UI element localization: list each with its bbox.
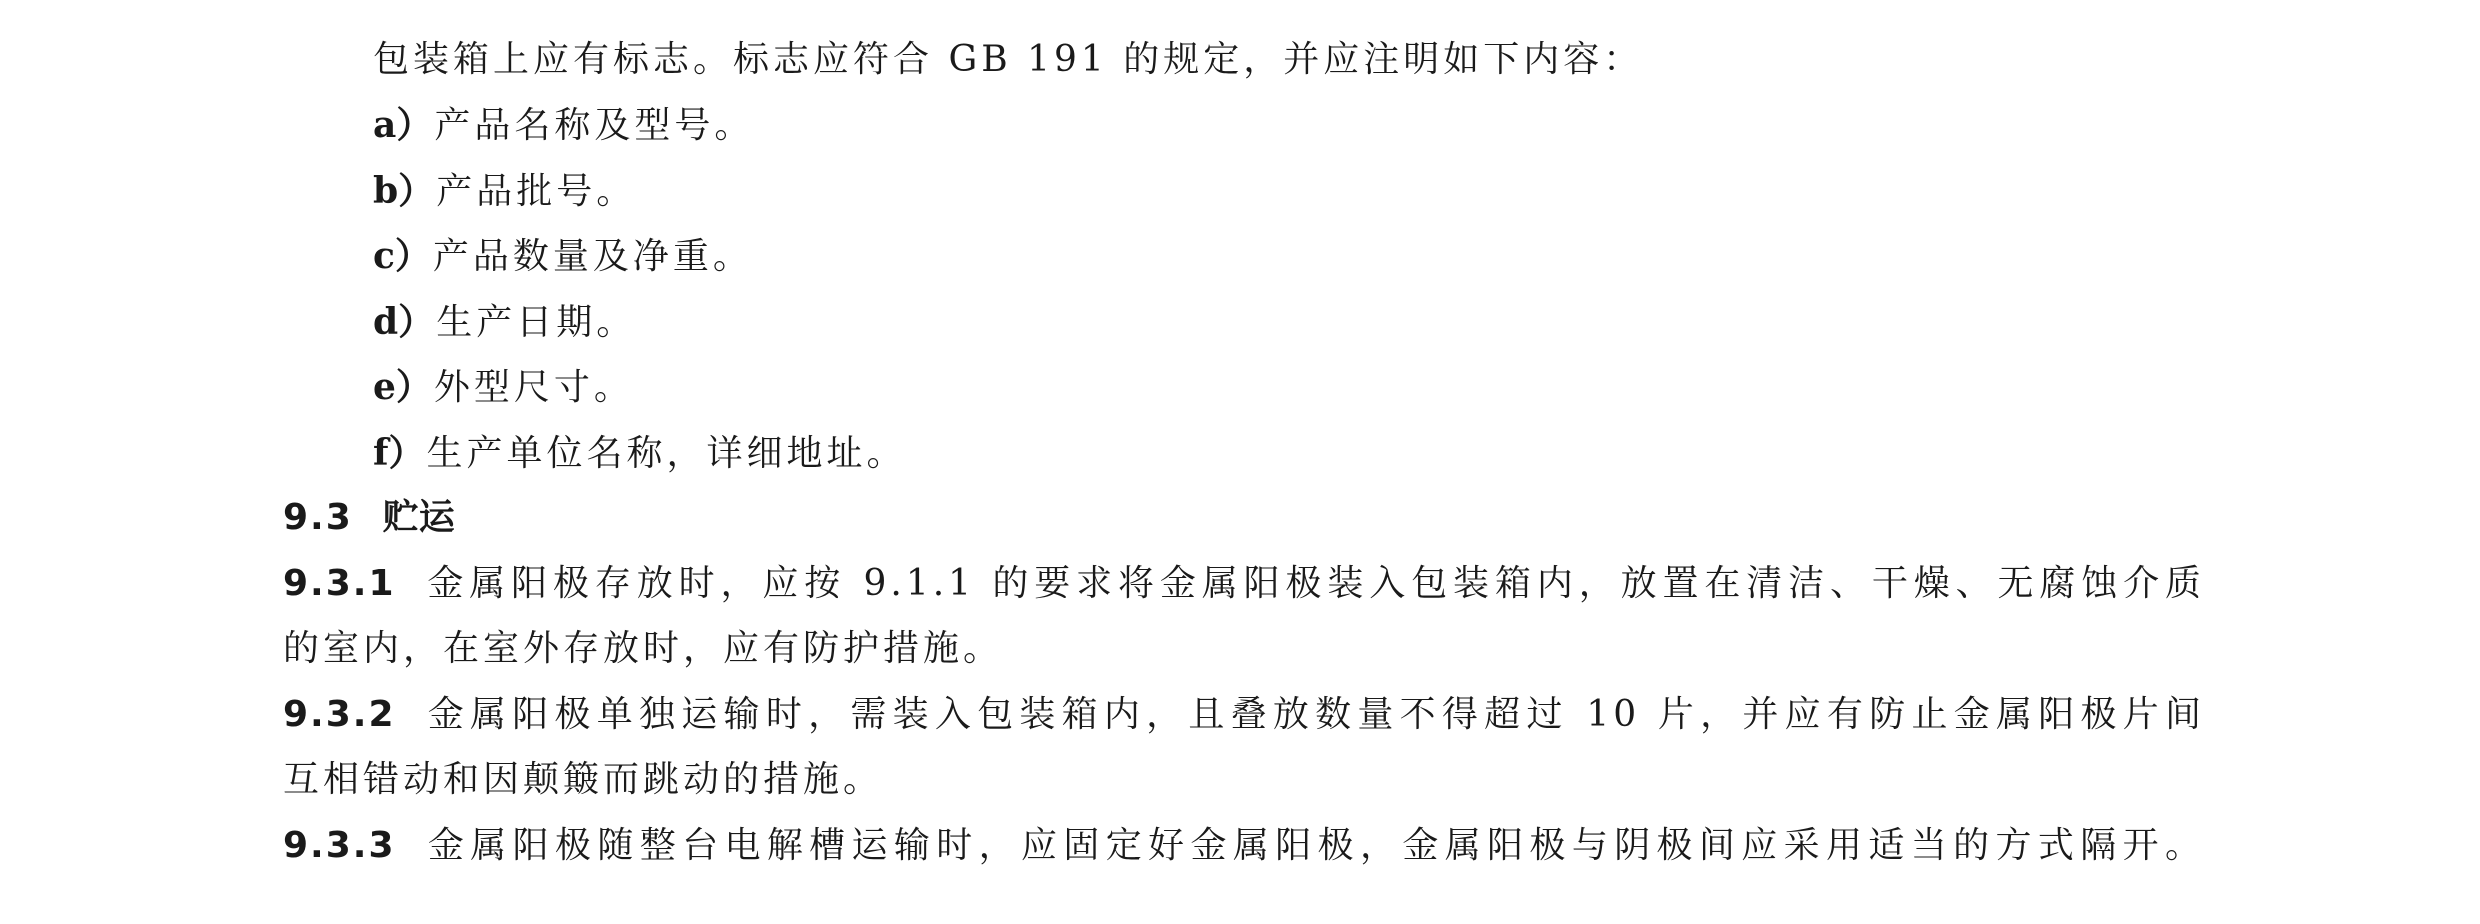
clause-text: 金属阳极存放时，应按 9.1.1 的要求将金属阳极装入包装箱内，放置在清洁、干燥… [426,563,2206,604]
marking-item-f: f）生产单位名称，详细地址。 [373,427,2205,479]
marking-item-a: a）产品名称及型号。 [373,99,2205,151]
list-item-label: d） [373,301,434,343]
clause-9-3-1-line-1: 9.3.1金属阳极存放时，应按 9.1.1 的要求将金属阳极装入包装箱内，放置在… [283,558,2205,610]
marking-item-d: d）生产日期。 [373,296,2205,348]
clause-9-3-2-line-2: 互相错动和因颠簸而跳动的措施。 [283,754,2205,806]
list-item-text: 生产日期。 [436,302,636,343]
marking-item-b: b）产品批号。 [373,165,2205,217]
clause-text: 金属阳极单独运输时，需装入包装箱内，且叠放数量不得超过 10 片，并应有防止金属… [426,694,2206,735]
marking-item-c: c）产品数量及净重。 [373,230,2205,282]
marking-item-e: e）外型尺寸。 [373,361,2205,413]
document-page: 包装箱上应有标志。标志应符合 GB 191 的规定，并应注明如下内容： a）产品… [0,0,2480,924]
clause-9-3-3-line-1: 9.3.3金属阳极随整台电解槽运输时，应固定好金属阳极，金属阳极与阴极间应采用适… [283,820,2205,872]
list-item-text: 外型尺寸。 [434,367,634,408]
list-item-text: 产品数量及净重。 [433,236,753,277]
list-item-label: b） [373,170,434,212]
clause-text: 互相错动和因颠簸而跳动的措施。 [283,759,883,800]
clause-number: 9.3.2 [283,694,396,735]
section-title: 贮运 [383,497,455,538]
list-item-label: f） [373,432,425,474]
list-item-label: c） [373,235,431,277]
clause-9-3-2-line-1: 9.3.2金属阳极单独运输时，需装入包装箱内，且叠放数量不得超过 10 片，并应… [283,689,2205,741]
marking-intro-paragraph: 包装箱上应有标志。标志应符合 GB 191 的规定，并应注明如下内容： [373,34,2205,86]
clause-9-3-1-line-2: 的室内，在室外存放时，应有防护措施。 [283,623,2205,675]
list-item-text: 生产单位名称，详细地址。 [427,433,907,474]
list-item-text: 产品名称及型号。 [434,105,754,146]
clause-text: 金属阳极随整台电解槽运输时，应固定好金属阳极，金属阳极与阴极间应采用适当的方式隔… [426,825,2206,866]
clause-number: 9.3.3 [283,825,396,866]
list-item-label: e） [373,366,432,408]
clause-number: 9.3.1 [283,563,396,604]
clause-text: 的室内，在室外存放时，应有防护措施。 [283,628,1003,669]
list-item-text: 产品批号。 [436,171,636,212]
section-heading: 9.3贮运 [283,492,2205,544]
list-item-label: a） [373,104,432,146]
marking-intro-text: 包装箱上应有标志。标志应符合 GB 191 的规定，并应注明如下内容： [373,39,1643,80]
section-number: 9.3 [283,497,353,538]
